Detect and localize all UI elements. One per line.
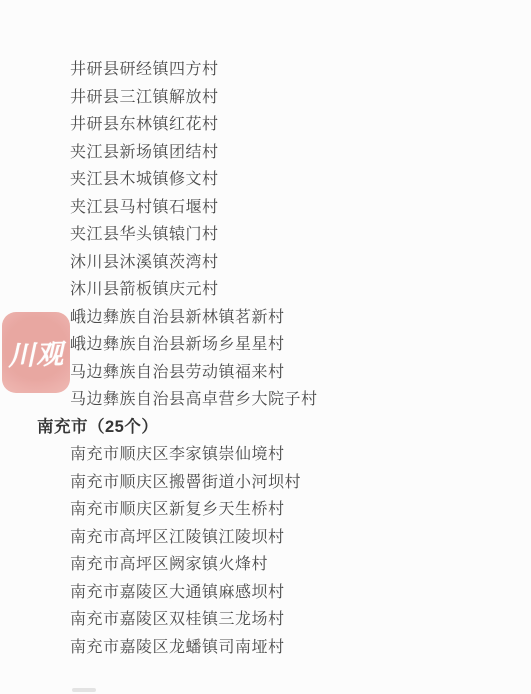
section-heading-nanchong: 南充市（25个） xyxy=(0,414,531,442)
list-item: 井研县研经镇四方村 xyxy=(0,56,531,84)
list-item: 夹江县马村镇石堰村 xyxy=(0,194,531,222)
list-item: 沐川县箭板镇庆元村 xyxy=(0,276,531,304)
list-item: 沐川县沐溪镇茨湾村 xyxy=(0,249,531,277)
list-item: 夹江县木城镇修文村 xyxy=(0,166,531,194)
list-item: 井研县东林镇红花村 xyxy=(0,111,531,139)
watermark-text: 川观 xyxy=(7,332,64,373)
village-list: 井研县研经镇四方村 井研县三江镇解放村 井研县东林镇红花村 夹江县新场镇团结村 … xyxy=(0,56,531,661)
list-item: 南充市嘉陵区大通镇麻感坝村 xyxy=(0,579,531,607)
list-item: 井研县三江镇解放村 xyxy=(0,84,531,112)
scan-artifact xyxy=(72,688,96,692)
list-item: 峨边彝族自治县新场乡星星村 xyxy=(0,331,531,359)
list-item: 南充市嘉陵区双桂镇三龙场村 xyxy=(0,606,531,634)
list-item: 南充市高坪区江陵镇江陵坝村 xyxy=(0,524,531,552)
document-page: 井研县研经镇四方村 井研县三江镇解放村 井研县东林镇红花村 夹江县新场镇团结村 … xyxy=(0,0,531,694)
list-item: 夹江县华头镇辕门村 xyxy=(0,221,531,249)
list-item: 南充市高坪区阙家镇火烽村 xyxy=(0,551,531,579)
list-item: 南充市顺庆区李家镇崇仙境村 xyxy=(0,441,531,469)
list-item: 南充市嘉陵区龙蟠镇司南垭村 xyxy=(0,634,531,662)
list-item: 峨边彝族自治县新林镇茗新村 xyxy=(0,304,531,332)
list-item: 夹江县新场镇团结村 xyxy=(0,139,531,167)
list-item: 南充市顺庆区搬罾街道小河坝村 xyxy=(0,469,531,497)
list-item: 马边彝族自治县劳动镇福来村 xyxy=(0,359,531,387)
chuanguan-watermark-badge: 川观 xyxy=(2,312,70,393)
list-item: 南充市顺庆区新复乡天生桥村 xyxy=(0,496,531,524)
list-item: 马边彝族自治县高卓营乡大院子村 xyxy=(0,386,531,414)
